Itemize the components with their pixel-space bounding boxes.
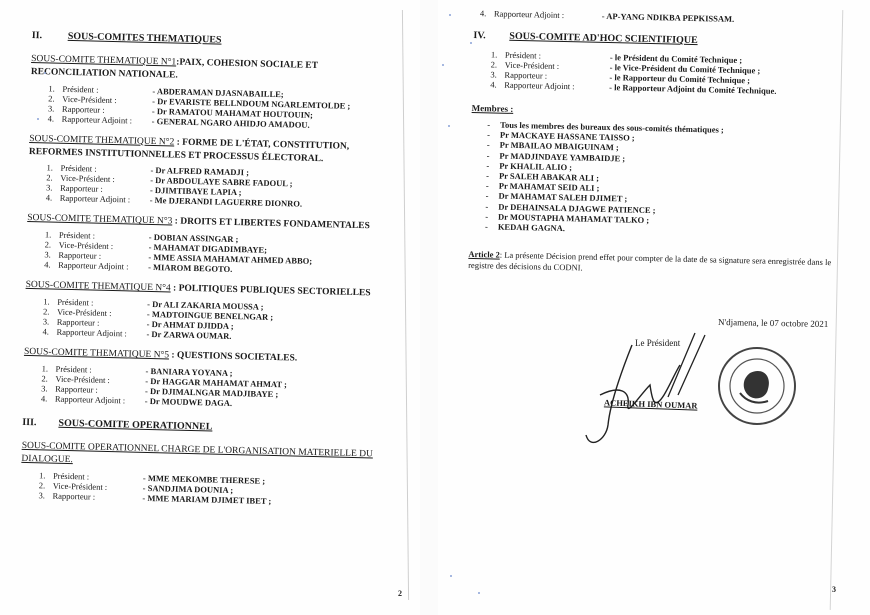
- signature-icon: [580, 325, 730, 455]
- role-index: 4.: [480, 8, 494, 18]
- role-index: 1.: [46, 163, 60, 173]
- operational-subcommittee-heading: SOUS-COMITE OPERATIONNEL CHARGE DE L'ORG…: [21, 440, 392, 475]
- scan-speck: [37, 118, 39, 120]
- bullet-icon: -: [486, 191, 489, 201]
- operational-roles: 1.Président :- MME MEKOMBE THERESE ;2.Vi…: [38, 470, 391, 509]
- section-iv-heading: IV. SOUS-COMITE AD'HOC SCIENTIFIQUE: [473, 30, 853, 50]
- section-number: III.: [22, 417, 36, 428]
- role-index: 3.: [43, 316, 57, 326]
- role-index: 1.: [45, 230, 59, 240]
- bullet-icon: -: [485, 201, 488, 211]
- subcommittee-heading: SOUS-COMITE THEMATIQUE N°2 : FORME DE L'…: [29, 133, 400, 168]
- subcommittee-title: SOUS-COMITE OPERATIONNEL CHARGE DE L'ORG…: [21, 441, 373, 465]
- role-index: 2.: [46, 173, 60, 183]
- bullet-icon: -: [486, 181, 489, 191]
- role-label: Rapporteur Adjoint :: [56, 327, 146, 339]
- subcommittee-number: SOUS-COMITE THEMATIQUE N°5: [24, 347, 169, 361]
- article-label: Article 2: [468, 249, 500, 260]
- scan-speck: [449, 14, 451, 16]
- subcommittee-heading: SOUS-COMITE THEMATIQUE N°1:PAIX, COHESIO…: [31, 53, 402, 88]
- thematic-subcommittees: SOUS-COMITE THEMATIQUE N°1:PAIX, COHESIO…: [23, 53, 401, 412]
- scan-speck: [450, 575, 452, 577]
- bullet-icon: -: [487, 150, 490, 160]
- subcommittee-roles: 1.Président :- Dr ALFRED RAMADJI ;2.Vice…: [46, 163, 399, 212]
- role-name: - AP-YANG NDIKBA PEPKISSAM.: [602, 11, 735, 24]
- role-name: - MIAROM BEGOTO.: [148, 262, 232, 274]
- role-index: 2.: [48, 93, 62, 103]
- subcommittee-roles: 1.Président :- DOBIAN ASSINGAR ;2.Vice-P…: [44, 230, 397, 279]
- section-number: IV.: [473, 30, 487, 41]
- section-number: II.: [32, 30, 46, 41]
- section-title: SOUS-COMITE AD'HOC SCIENTIFIQUE: [509, 31, 698, 46]
- subcommittee-title: : DROITS ET LIBERTES FONDAMENTALES: [172, 217, 370, 232]
- role-index: 3.: [44, 250, 58, 260]
- subcommittee-roles: 1.Président :- Dr ALI ZAKARIA MOUSSA ;2.…: [42, 296, 395, 345]
- left-page-content: II. SOUS-COMITES THEMATIQUES SOUS-COMITE…: [20, 26, 402, 511]
- role-index: 4.: [48, 113, 62, 123]
- bullet-icon: -: [485, 211, 488, 221]
- bullet-icon: -: [485, 221, 488, 231]
- role-index: 2.: [45, 240, 59, 250]
- role-label: Rapporteur Adjoint :: [60, 193, 150, 205]
- right-page-content: 4. Rapporteur Adjoint : - AP-YANG NDIKBA…: [468, 8, 854, 280]
- role-index: 3.: [38, 490, 52, 500]
- section-title: SOUS-COMITES THEMATIQUES: [68, 31, 222, 46]
- subcommittee-roles: 1.Président :- ABDERAMAN DJASNABAILLE;2.…: [48, 83, 401, 132]
- role-index: 2.: [39, 480, 53, 490]
- role-label: Rapporteur Adjoint :: [58, 260, 148, 272]
- scan-speck: [442, 64, 444, 66]
- role-index: 2.: [41, 373, 55, 383]
- scan-speck: [448, 125, 450, 127]
- subcommittee-title: : POLITIQUES PUBLIQUES SECTORIELLES: [171, 284, 371, 299]
- bullet-icon: -: [486, 170, 489, 180]
- official-stamp-icon: [712, 345, 802, 427]
- page-number-right: 3: [832, 585, 836, 594]
- bullet-icon: -: [486, 160, 489, 170]
- bullet-icon: -: [487, 140, 490, 150]
- role-index: 4.: [490, 79, 504, 89]
- members-list: -Tous les membres des bureaux des sous-c…: [485, 119, 851, 239]
- section-iii-heading: III. SOUS-COMITE OPERATIONNEL: [22, 417, 392, 437]
- role-index: 3.: [490, 69, 504, 79]
- article-text: : La présente Décision prend effet pour …: [468, 250, 831, 273]
- scientific-roles: 1.Président :- le Président du Comité Te…: [490, 49, 853, 97]
- role-label: Rapporteur Adjoint :: [504, 80, 609, 92]
- role-label: Rapporteur :: [52, 490, 142, 502]
- bullet-icon: -: [487, 119, 490, 129]
- role-name: - Dr MOUDWE DAGA.: [145, 396, 232, 408]
- member-name: KEDAH GAGNA.: [498, 222, 565, 234]
- page-number-left: 2: [398, 589, 402, 598]
- role-label: Rapporteur Adjoint :: [62, 113, 152, 125]
- role-name: - MME MARIAM DJIMET IBET ;: [142, 492, 271, 505]
- role-index: 1.: [48, 83, 62, 93]
- role-index: 2.: [43, 306, 57, 316]
- members-label: Membres :: [472, 103, 852, 122]
- role-index: 3.: [41, 383, 55, 393]
- section-ii-heading: II. SOUS-COMITES THEMATIQUES: [32, 30, 402, 50]
- role-label: Rapporteur Adjoint :: [494, 8, 602, 20]
- role-index: 3.: [48, 103, 62, 113]
- role-index: 1.: [39, 470, 53, 480]
- subcommittee-number: SOUS-COMITE THEMATIQUE N°3: [27, 213, 172, 227]
- section-title: SOUS-COMITE OPERATIONNEL: [58, 418, 212, 433]
- subcommittee-roles: 1.Président :- BANIARA YOYANA ;2.Vice-Pr…: [41, 363, 394, 412]
- role-index: 3.: [46, 183, 60, 193]
- role-index: 4.: [41, 393, 55, 403]
- subcommittee-number: SOUS-COMITE THEMATIQUE N°1: [31, 54, 176, 68]
- role-label: Rapporteur Adjoint :: [55, 394, 145, 406]
- role-index: 4.: [46, 193, 60, 203]
- subcommittee-number: SOUS-COMITE THEMATIQUE N°2: [29, 134, 174, 148]
- role-index: 4.: [44, 260, 58, 270]
- scan-speck: [44, 72, 46, 74]
- scan-speck: [470, 42, 472, 44]
- role-index: 2.: [491, 59, 505, 69]
- role-index: 4.: [42, 326, 56, 336]
- place-date: N'djamena, le 07 octobre 2021: [718, 317, 829, 329]
- subcommittee-number: SOUS-COMITE THEMATIQUE N°4: [26, 280, 171, 294]
- role-index: 1.: [491, 49, 505, 59]
- subcommittee-title: : QUESTIONS SOCIETALES.: [169, 351, 297, 364]
- role-index: 1.: [43, 296, 57, 306]
- role-index: 1.: [42, 363, 56, 373]
- bullet-icon: -: [487, 130, 490, 140]
- scan-speck: [478, 592, 480, 594]
- role-name: - Dr ZARWA OUMAR.: [146, 329, 231, 341]
